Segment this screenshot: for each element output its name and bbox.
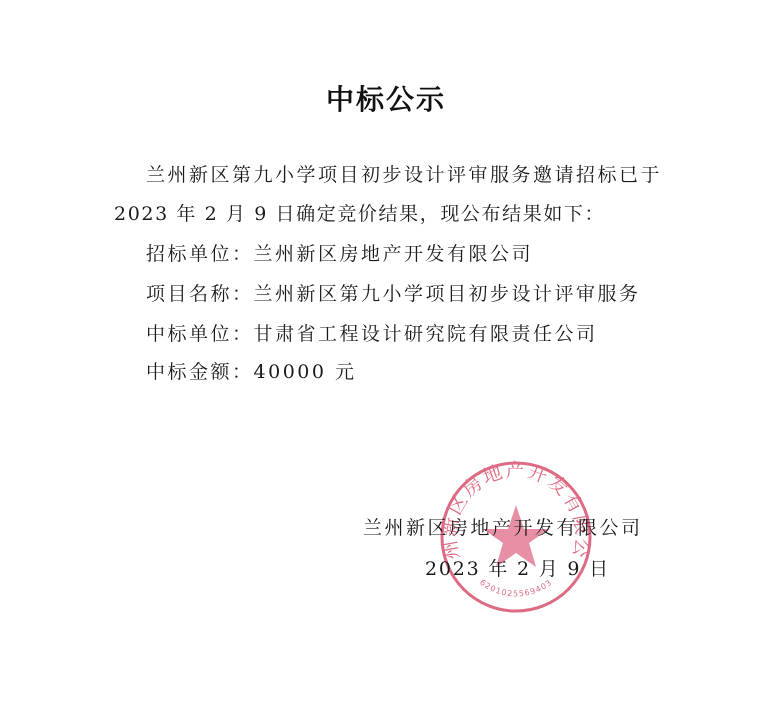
field-value: 兰州新区第九小学项目初步设计评审服务 bbox=[254, 283, 641, 305]
signature-date: 2023 年 2 月 9 日 bbox=[425, 554, 610, 581]
field-value: 甘肃省工程设计研究院有限责任公司 bbox=[254, 323, 598, 345]
field-project-name: 项目名称：兰州新区第九小学项目初步设计评审服务 bbox=[146, 279, 641, 306]
field-winning-unit: 中标单位：甘肃省工程设计研究院有限责任公司 bbox=[146, 319, 598, 346]
field-label: 中标单位： bbox=[146, 323, 254, 345]
field-label: 中标金额： bbox=[146, 361, 254, 383]
field-value: 兰州新区房地产开发有限公司 bbox=[254, 243, 534, 265]
field-winning-amount: 中标金额：40000 元 bbox=[146, 357, 357, 384]
intro-line-1: 兰州新区第九小学项目初步设计评审服务邀请招标已于 bbox=[146, 160, 662, 187]
signature-company: 兰州新区房地产开发有限公司 bbox=[363, 513, 643, 540]
intro-line-2: 2023 年 2 月 9 日确定竞价结果，现公布结果如下： bbox=[114, 199, 605, 226]
field-tendering-unit: 招标单位：兰州新区房地产开发有限公司 bbox=[146, 239, 533, 266]
field-label: 项目名称： bbox=[146, 283, 254, 305]
field-label: 招标单位： bbox=[146, 243, 254, 265]
page-title: 中标公示 bbox=[0, 78, 772, 118]
field-value: 40000 元 bbox=[254, 361, 357, 383]
